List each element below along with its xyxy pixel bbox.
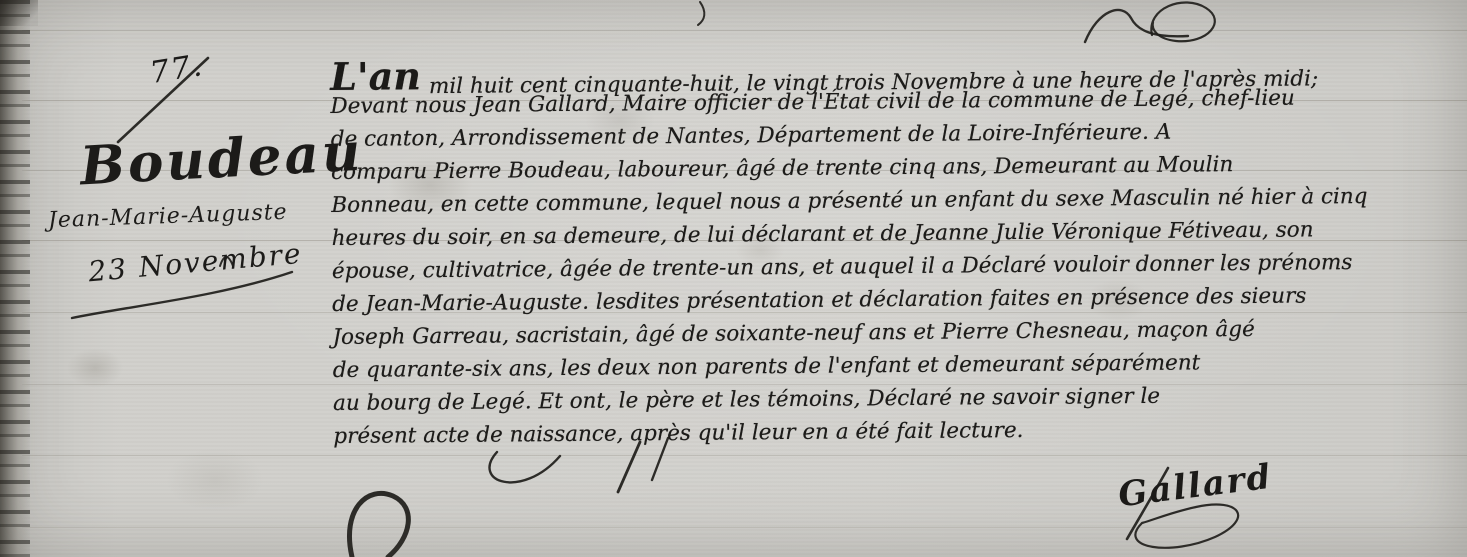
top-flourish-loop <box>1151 2 1214 41</box>
top-edge-mark <box>698 2 704 25</box>
body-line-10: de quarante-six ans, les deux non parent… <box>333 350 1201 383</box>
act-body-text: L'anmil huit cent cinquante-huit, le vin… <box>330 40 1467 520</box>
binding-corner-mark <box>0 0 38 26</box>
body-line-9: Joseph Garreau, sacristain, âgé de soixa… <box>332 317 1254 350</box>
opening-initial: L'an <box>330 53 421 99</box>
ditto-mark <box>220 257 233 266</box>
binding-edge <box>0 0 30 557</box>
register-page: 77. Boudeau Jean-Marie-Auguste 23 Novemb… <box>0 0 1467 557</box>
body-line-5: Bonneau, en cette commune, lequel nous a… <box>331 184 1367 218</box>
body-line-7: épouse, cultivatrice, âgée de trente-un … <box>332 250 1353 284</box>
body-line-12: présent acte de naissance, après qu'il l… <box>333 418 1023 449</box>
date-underline-flourish <box>72 272 292 318</box>
margin-surname: Boudeau <box>79 121 365 198</box>
body-line-3: de canton, Arrondissement de Nantes, Dép… <box>331 120 1172 152</box>
margin-date: 23 Novembre <box>87 237 304 289</box>
act-number: 77. <box>148 48 207 91</box>
body-line-11: au bourg de Legé. Et ont, le père et les… <box>333 384 1160 416</box>
ruled-line <box>22 527 1467 528</box>
body-line-4: comparu Pierre Boudeau, laboureur, âgé d… <box>331 152 1233 185</box>
margin-given-names: Jean-Marie-Auguste <box>48 200 288 233</box>
act-number-flourish <box>118 58 208 142</box>
top-flourish-left <box>1085 10 1188 42</box>
body-line-6: heures du soir, en sa demeure, de lui dé… <box>332 217 1314 251</box>
body-line-8: de Jean-Marie-Auguste. lesdites présenta… <box>332 283 1306 317</box>
ruled-line <box>22 30 1467 31</box>
